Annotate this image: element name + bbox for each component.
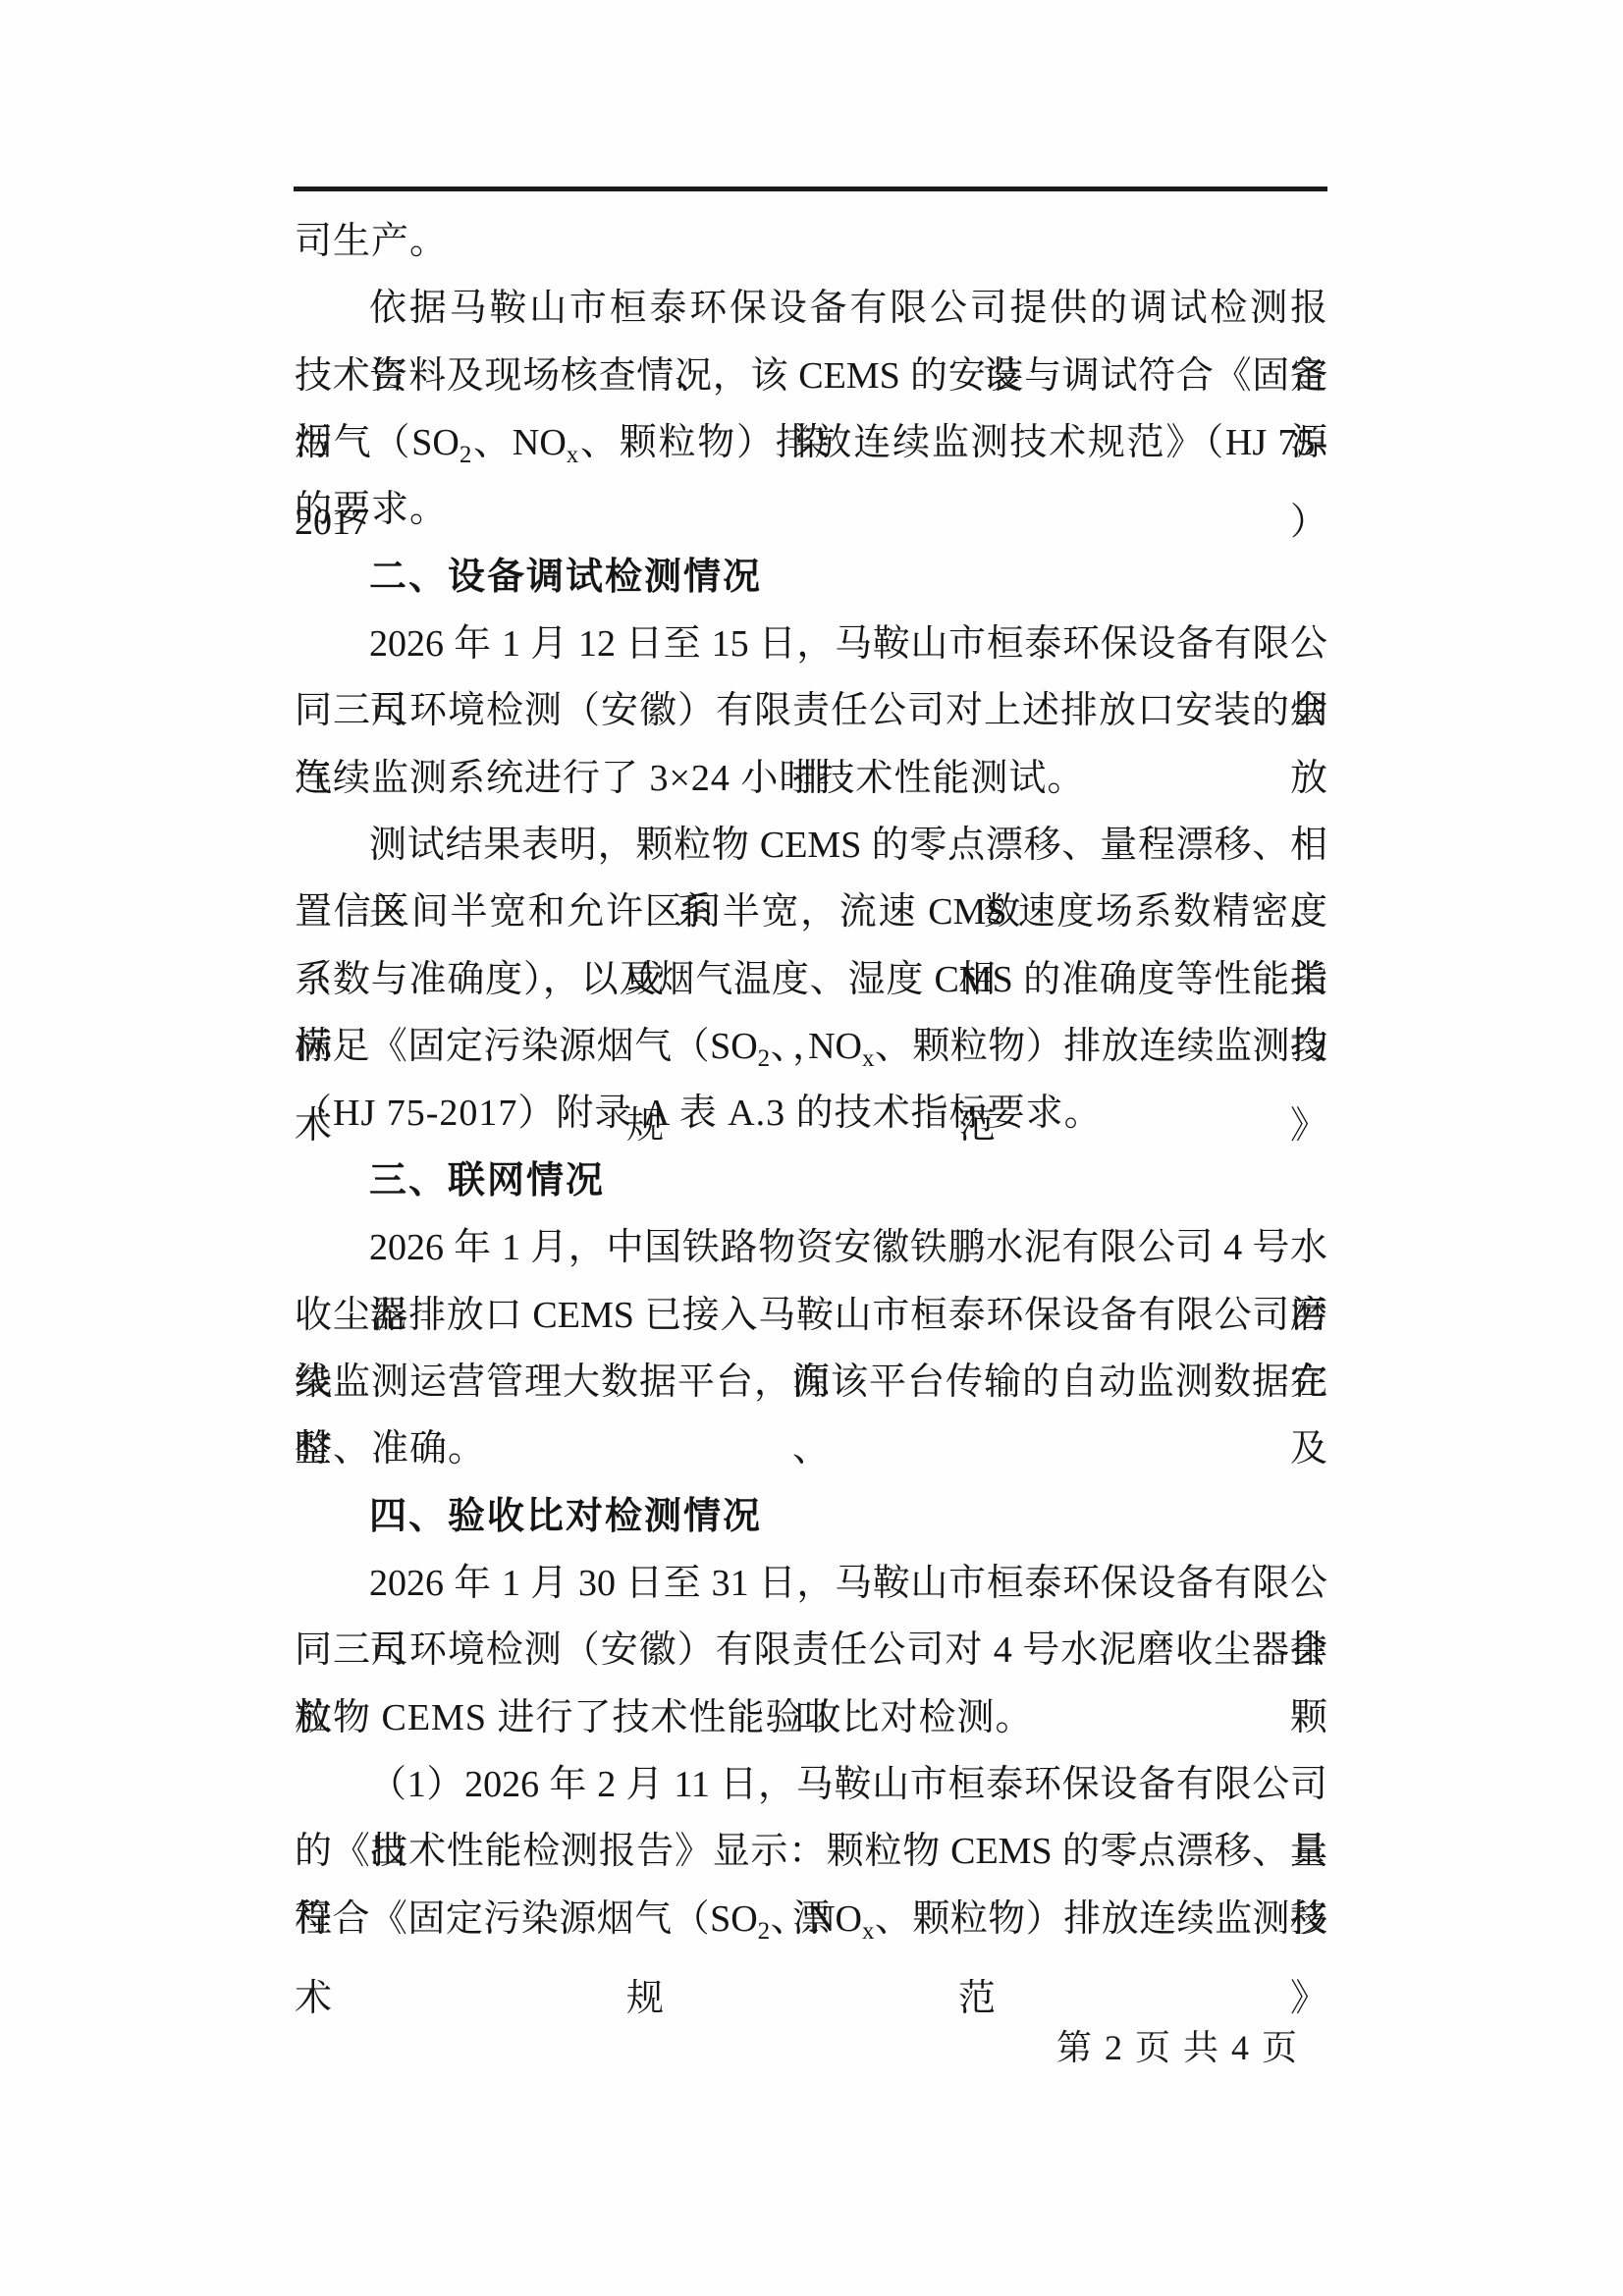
paragraph-line: 符合《固定污染源烟气（SO2、NOx、颗粒物）排放连续监测技术规范》 <box>295 1886 1327 1952</box>
subscript: x <box>567 442 579 468</box>
paragraph-line: 司生产。 <box>295 208 1327 275</box>
subscript: x <box>862 1918 875 1945</box>
paragraph-line: 2026 年 1 月 30 日至 31 日，马鞍山市桓泰环保设备有限公司会 <box>295 1550 1327 1617</box>
text-run: 四、验收比对检测情况 <box>369 1496 762 1537</box>
text-run: 、NO <box>770 1026 862 1067</box>
subscript: 2 <box>758 1918 771 1945</box>
page-number: 第 2 页 共 4 页 <box>1056 2028 1299 2067</box>
section-heading: 四、验收比对检测情况 <box>295 1483 1327 1550</box>
paragraph-line: 烟气（SO2、NOx、颗粒物）排放连续监测技术规范》（HJ 75-2017） <box>295 409 1327 476</box>
text-run: 时、准确。 <box>295 1428 486 1469</box>
body-text: 司生产。依据马鞍山市桓泰环保设备有限公司提供的调试检测报告、设备技术资料及现场核… <box>295 208 1327 1952</box>
paragraph-line: 技术资料及现场核查情况，该 CEMS 的安装与调试符合《固定污染源 <box>295 343 1327 409</box>
text-run: 的要求。 <box>295 489 448 530</box>
text-run: 、NO <box>471 422 566 463</box>
text-run: 烟气（SO <box>295 422 460 463</box>
subscript: 2 <box>758 1045 771 1072</box>
paragraph-line: 依据马鞍山市桓泰环保设备有限公司提供的调试检测报告、设备 <box>295 275 1327 342</box>
paragraph-line: 同三尺环境检测（安徽）有限责任公司对上述排放口安装的烟气排放 <box>295 677 1327 744</box>
text-run: 、NO <box>770 1898 862 1940</box>
text-run: 符合《固定污染源烟气（SO <box>295 1898 758 1940</box>
paragraph-line: 线监测运营管理大数据平台，向该平台传输的自动监测数据完整、及 <box>295 1349 1327 1415</box>
paragraph-line: 系数与准确度），以及烟气温度、湿度 CMS 的准确度等性能指标，均 <box>295 946 1327 1013</box>
text-run: （HJ 75-2017）附录 A 表 A.3 的技术指标要求。 <box>295 1093 1103 1134</box>
subscript: x <box>862 1045 875 1072</box>
text-run: 粒物 CEMS 进行了技术性能验收比对检测。 <box>295 1697 1033 1738</box>
text-run: 满足《固定污染源烟气（SO <box>295 1026 758 1067</box>
paragraph-line: 收尘器排放口 CEMS 已接入马鞍山市桓泰环保设备有限公司污染源在 <box>295 1282 1327 1349</box>
text-run: 三、联网情况 <box>369 1160 605 1201</box>
text-run: 连续监测系统进行了 3×24 小时技术性能测试。 <box>295 758 1085 799</box>
paragraph-line: 同三尺环境检测（安徽）有限责任公司对 4 号水泥磨收尘器排放口颗 <box>295 1617 1327 1683</box>
paragraph-line: 2026 年 1 月 12 日至 15 日，马鞍山市桓泰环保设备有限公司会 <box>295 611 1327 677</box>
paragraph-line: （1）2026 年 2 月 11 日，马鞍山市桓泰环保设备有限公司出具 <box>295 1751 1327 1818</box>
paragraph-line: 的《技术性能检测报告》显示：颗粒物 CEMS 的零点漂移、量程漂移 <box>295 1818 1327 1885</box>
paragraph-line: 测试结果表明，颗粒物 CEMS 的零点漂移、量程漂移、相关系数、 <box>295 812 1327 879</box>
header-rule-line <box>294 187 1327 191</box>
document-page: 司生产。依据马鞍山市桓泰环保设备有限公司提供的调试检测报告、设备技术资料及现场核… <box>0 0 1623 2296</box>
paragraph-line: 2026 年 1 月，中国铁路物资安徽铁鹏水泥有限公司 4 号水泥磨 <box>295 1214 1327 1281</box>
paragraph-line: 满足《固定污染源烟气（SO2、NOx、颗粒物）排放连续监测技术规范》 <box>295 1013 1327 1080</box>
paragraph-line: 置信区间半宽和允许区间半宽，流速 CMS 速度场系数精密度（或相关 <box>295 879 1327 945</box>
text-run: 司生产。 <box>295 221 448 262</box>
text-run: 二、设备调试检测情况 <box>369 557 762 598</box>
subscript: 2 <box>460 442 472 468</box>
